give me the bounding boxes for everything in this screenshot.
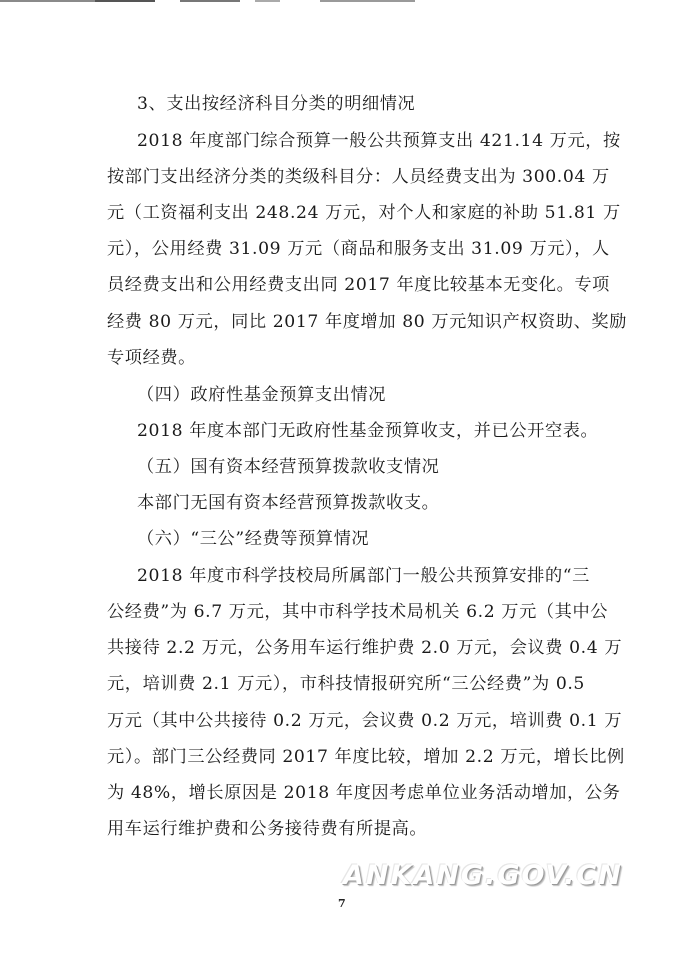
- paragraph-line: 万元（其中公共接待 0.2 万元，会议费 0.2 万元，培训费 0.1 万: [107, 710, 577, 732]
- paragraph-line: 元）。部门三公经费同 2017 年度比较，增加 2.2 万元，增长比例: [107, 746, 577, 768]
- section-heading-three-public-expenses: （六）“三公”经费等预算情况: [137, 528, 577, 550]
- document-page: 3、支出按经济科目分类的明细情况 2018 年度部门综合预算一般公共预算支出 4…: [0, 0, 680, 962]
- scan-edge-artifact: [0, 0, 680, 3]
- paragraph-line: 元，培训费 2.1 万元），市科技情报研究所“三公经费”为 0.5: [107, 673, 577, 695]
- paragraph-line: 2018 年度部门综合预算一般公共预算支出 421.14 万元，按: [137, 130, 577, 152]
- paragraph-line: 经费 80 万元，同比 2017 年度增加 80 万元知识产权资助、奖励: [107, 311, 577, 333]
- paragraph-line: 本部门无国有资本经营预算拨款收支。: [137, 492, 577, 514]
- paragraph-line: 按部门支出经济分类的类级科目分：人员经费支出为 300.04 万: [107, 166, 577, 188]
- paragraph-line: 2018 年度本部门无政府性基金预算收支，并已公开空表。: [137, 420, 577, 442]
- site-watermark: ANKANG.GOV.CN: [343, 860, 608, 890]
- paragraph-line: 2018 年度市科学技校局所属部门一般公共预算安排的“三: [137, 565, 577, 587]
- paragraph-line: 专项经费。: [107, 347, 577, 369]
- section-heading-expenditure-by-economic-category: 3、支出按经济科目分类的明细情况: [137, 93, 577, 115]
- paragraph-line: 为 48%，增长原因是 2018 年度因考虑单位业务活动增加，公务: [107, 782, 577, 804]
- section-heading-state-capital: （五）国有资本经营预算拨款收支情况: [137, 456, 577, 478]
- paragraph-line: 员经费支出和公用经费支出同 2017 年度比较基本无变化。专项: [107, 274, 577, 296]
- page-number: 7: [338, 897, 346, 910]
- section-heading-government-fund: （四）政府性基金预算支出情况: [137, 384, 577, 406]
- paragraph-line: 共接待 2.2 万元，公务用车运行维护费 2.0 万元，会议费 0.4 万: [107, 637, 577, 659]
- paragraph-line: 元），公用经费 31.09 万元（商品和服务支出 31.09 万元），人: [107, 238, 577, 260]
- paragraph-line: 用车运行维护费和公务接待费有所提高。: [107, 818, 577, 840]
- paragraph-line: 元（工资福利支出 248.24 万元，对个人和家庭的补助 51.81 万: [107, 202, 577, 224]
- paragraph-line: 公经费”为 6.7 万元，其中市科学技术局机关 6.2 万元（其中公: [107, 601, 577, 623]
